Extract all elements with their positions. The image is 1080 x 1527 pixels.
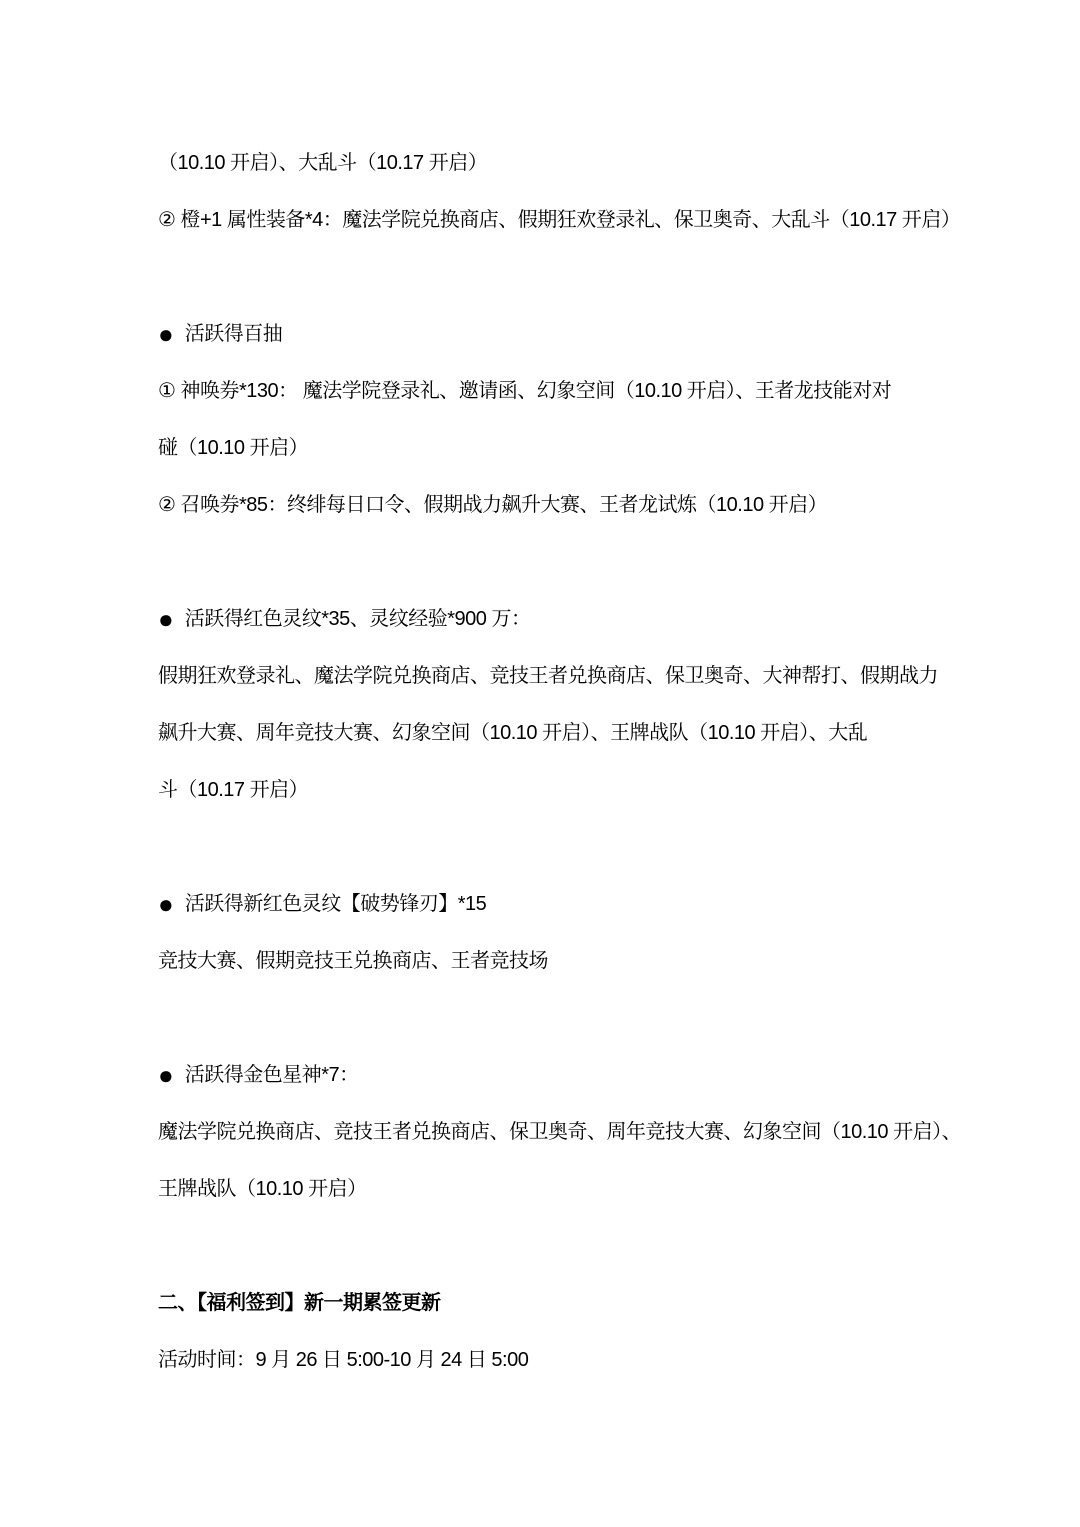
doc-line: 斗（10.17 开启） [158,762,948,819]
doc-line-text: 活动时间：9 月 26 日 5:00-10 月 24 日 5:00 [158,1349,528,1371]
doc-line: 碰（10.10 开启） [158,420,948,477]
doc-line: ●活跃得新红色灵纹【破势锋刃】*15 [158,876,948,933]
bullet-icon: ● [158,891,174,917]
doc-line-text: 斗（10.17 开启） [158,779,308,801]
bullet-icon: ● [158,1062,174,1088]
blank-line [158,534,948,591]
bullet-icon: ● [158,606,174,632]
doc-line-text: 魔法学院兑换商店、竞技王者兑换商店、保卫奥奇、周年竞技大赛、幻象空间（10.10… [158,1121,961,1143]
doc-line-text: 王牌战队（10.10 开启） [158,1178,367,1200]
doc-line: ●活跃得百抽 [158,306,948,363]
doc-line-text: ② 橙+1 属性装备*4：魔法学院兑换商店、假期狂欢登录礼、保卫奥奇、大乱斗（1… [158,209,960,231]
doc-line-text: 碰（10.10 开启） [158,437,308,459]
doc-line-text: 飙升大赛、周年竞技大赛、幻象空间（10.10 开启）、王牌战队（10.10 开启… [158,722,867,744]
doc-line-text: ② 召唤券*85：终绯每日口令、假期战力飙升大赛、王者龙试炼（10.10 开启） [158,494,827,516]
blank-line [158,990,948,1047]
doc-line: （10.10 开启）、大乱斗（10.17 开启） [158,135,948,192]
doc-line: 假期狂欢登录礼、魔法学院兑换商店、竞技王者兑换商店、保卫奥奇、大神帮打、假期战力 [158,648,948,705]
bullet-icon: ● [158,321,174,347]
blank-line [158,249,948,306]
doc-line: 魔法学院兑换商店、竞技王者兑换商店、保卫奥奇、周年竞技大赛、幻象空间（10.10… [158,1104,948,1161]
doc-line-text: 竞技大赛、假期竞技王兑换商店、王者竞技场 [158,950,548,972]
doc-line: ② 橙+1 属性装备*4：魔法学院兑换商店、假期狂欢登录礼、保卫奥奇、大乱斗（1… [158,192,948,249]
doc-line-text: 活跃得百抽 [185,323,283,345]
blank-line [158,819,948,876]
doc-line-text: 活跃得金色星神*7： [185,1064,359,1086]
blank-line [158,1218,948,1275]
doc-line: ① 神唤券*130： 魔法学院登录礼、邀请函、幻象空间（10.10 开启）、王者… [158,363,948,420]
doc-line-text: 假期狂欢登录礼、魔法学院兑换商店、竞技王者兑换商店、保卫奥奇、大神帮打、假期战力 [158,665,938,687]
doc-line-text: 活跃得红色灵纹*35、灵纹经验*900 万： [185,608,531,630]
doc-line-text: （10.10 开启）、大乱斗（10.17 开启） [158,152,487,174]
section-heading-text: 二、【福利签到】新一期累签更新 [158,1292,441,1314]
doc-line: ② 召唤券*85：终绯每日口令、假期战力飙升大赛、王者龙试炼（10.10 开启） [158,477,948,534]
doc-line: ●活跃得金色星神*7： [158,1047,948,1104]
doc-line: 活动时间：9 月 26 日 5:00-10 月 24 日 5:00 [158,1332,948,1389]
doc-line: 竞技大赛、假期竞技王兑换商店、王者竞技场 [158,933,948,990]
doc-line-text: ① 神唤券*130： 魔法学院登录礼、邀请函、幻象空间（10.10 开启）、王者… [158,380,891,402]
doc-line: 王牌战队（10.10 开启） [158,1161,948,1218]
doc-line: 飙升大赛、周年竞技大赛、幻象空间（10.10 开启）、王牌战队（10.10 开启… [158,705,948,762]
section-heading: 二、【福利签到】新一期累签更新 [158,1275,948,1332]
doc-line: ●活跃得红色灵纹*35、灵纹经验*900 万： [158,591,948,648]
document-body: （10.10 开启）、大乱斗（10.17 开启）② 橙+1 属性装备*4：魔法学… [158,135,948,1389]
doc-line-text: 活跃得新红色灵纹【破势锋刃】*15 [185,893,487,915]
